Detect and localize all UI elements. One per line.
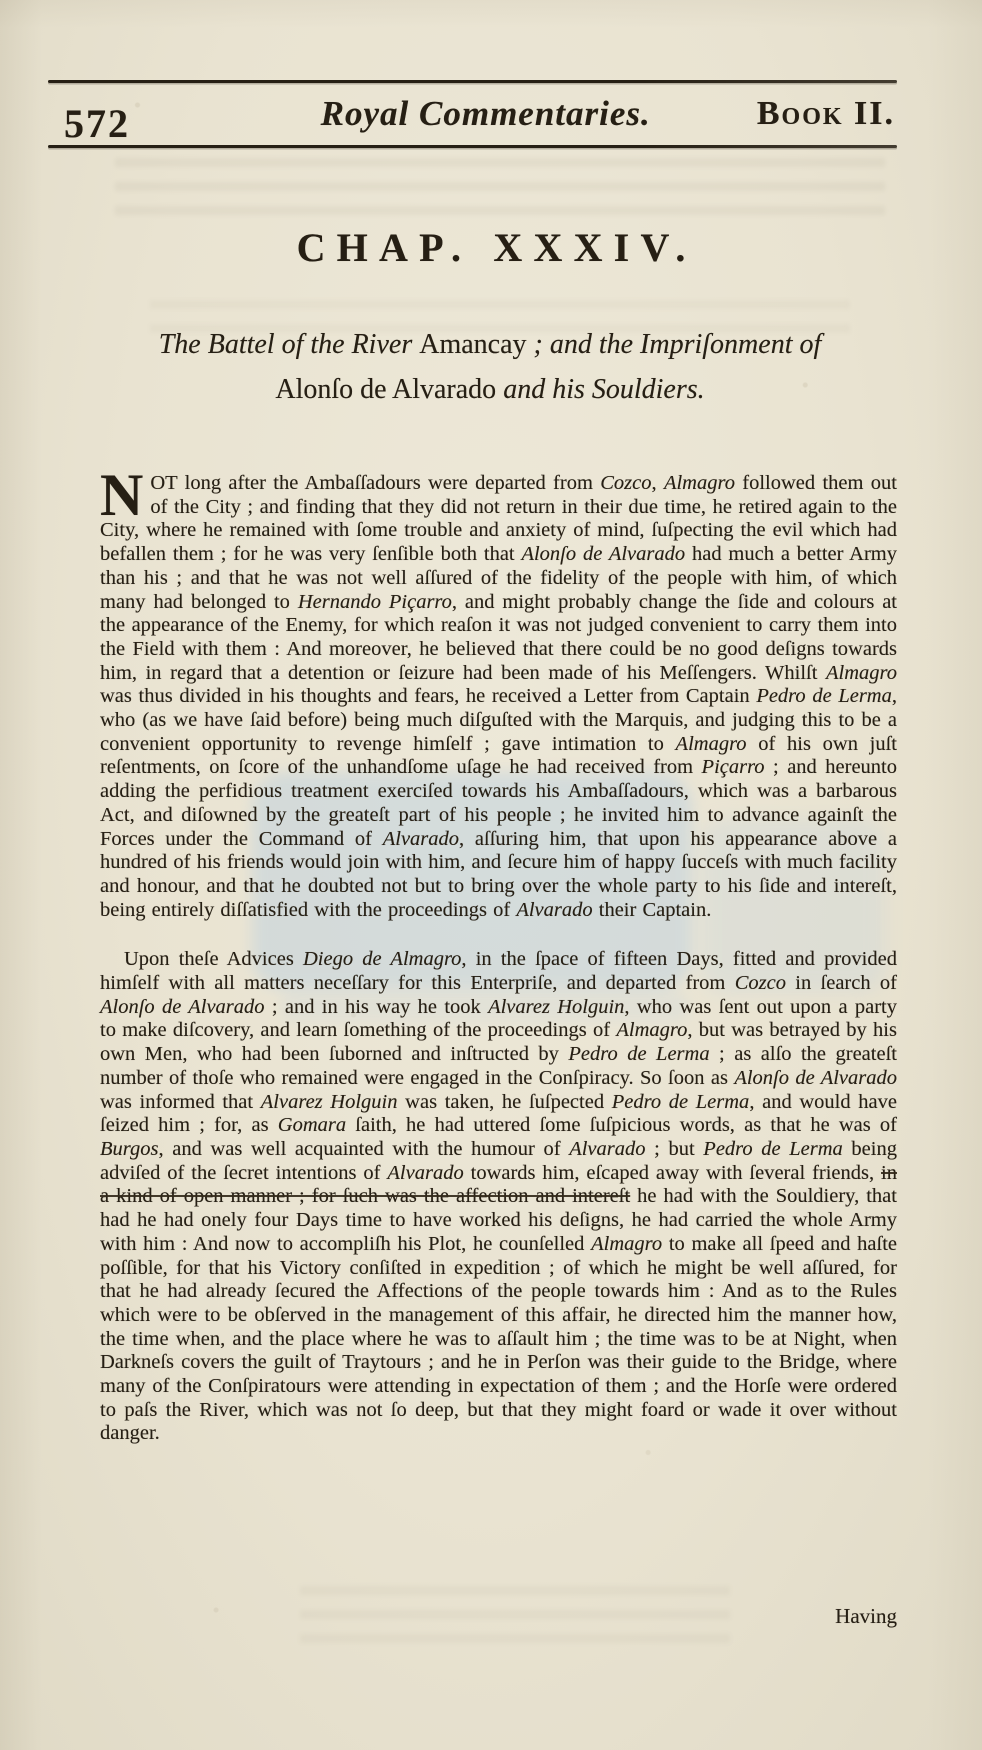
page-header: 572 Royal Commentaries. Book II. [48,92,897,142]
body-text: NOT long after the Ambaſſadours were dep… [100,472,897,1446]
text-segment: Almagro [616,1019,687,1041]
text-segment: ; and in his way he took [265,996,489,1018]
scanned-book-page: 572 Royal Commentaries. Book II. CHAP. X… [0,0,982,1750]
text-segment: was informed that [100,1091,261,1113]
text-segment: was taken, he ſuſpected [398,1091,612,1113]
text-segment: Alvarez Holguin [261,1091,398,1113]
paragraph: NOT long after the Ambaſſadours were dep… [100,472,897,922]
text-segment: Cozco [735,972,786,994]
text-segment: Alvarez Holguin [488,996,624,1018]
text-segment: , and was well acquainted with the humou… [158,1138,569,1160]
text-segment: in ſearch of [786,972,897,994]
text-segment: Pedro de Lerma [756,685,892,707]
text-segment: was thus divided in his thoughts and fea… [100,685,756,707]
header-rule-bottom [48,145,897,148]
text-segment: Hernando Piçarro [298,591,452,613]
page-bleedthrough [300,1586,730,1650]
chapter-title: The Battel of the River Amancay ; and th… [90,322,890,412]
page-bleedthrough [115,158,885,220]
text-segment: to make all ſpeed and haſte poſſible, fo… [100,1233,897,1445]
text-segment: Alvarado [569,1138,645,1160]
text-segment: Cozco [600,472,651,494]
text-segment: Alonſo de Alvarado [275,374,496,405]
chapter-title-line: Alonſo de Alvarado and his Souldiers. [90,367,890,412]
text-segment: , [651,472,663,494]
text-segment: Almagro [591,1233,662,1255]
book-label: Book II. [757,95,895,133]
text-segment: Piçarro [702,756,765,778]
text-segment: Almagro [664,472,735,494]
paragraph-text: OT long after the Ambaſſadours were depa… [100,472,897,921]
text-segment: Gomara [278,1114,346,1136]
text-segment: Alvarado [516,899,592,921]
text-segment: Diego de Almagro [303,948,461,970]
text-segment: OT long after the Ambaſſadours were depa… [150,472,600,494]
text-segment: Upon theſe Advices [124,948,303,970]
header-rule-top [48,80,897,83]
text-segment: Pedro de Lerma [568,1043,709,1065]
text-segment: Pedro de Lerma [612,1091,750,1113]
text-segment: The Battel of the River [159,329,420,360]
text-segment: Alvarado [383,828,459,850]
page-number: 572 [64,100,130,147]
text-segment: and his Souldiers. [496,374,704,405]
text-segment: ſaith, he had uttered ſome ſuſpicious wo… [346,1114,897,1136]
paragraph-text: Upon theſe Advices Diego de Almagro, in … [100,948,897,1444]
text-segment: Alonſo de Alvarado [100,996,265,1018]
text-segment: Almagro [676,733,747,755]
text-segment: their Captain. [593,899,712,921]
text-segment: Alvarado [387,1162,463,1184]
text-segment: Almagro [826,662,897,684]
drop-cap: N [100,472,150,517]
running-title: Royal Commentaries. [321,94,651,134]
text-segment: Amancay [419,329,526,360]
text-segment: towards him, eſcaped away with ſeveral f… [464,1162,881,1184]
chapter-title-line: The Battel of the River Amancay ; and th… [90,322,890,367]
paragraph: Upon theſe Advices Diego de Almagro, in … [100,948,897,1446]
text-segment: Pedro de Lerma [703,1138,843,1160]
text-segment: ; but [646,1138,704,1160]
text-segment: Alonſo de Alvarado [734,1067,897,1089]
text-segment: Alonſo de Alvarado [521,543,685,565]
text-segment: Burgos [100,1138,158,1160]
chapter-heading: CHAP. XXXIV. [0,224,982,271]
text-segment: ; and the Impriſonment of [527,329,822,360]
catchword: Having [835,1604,897,1629]
